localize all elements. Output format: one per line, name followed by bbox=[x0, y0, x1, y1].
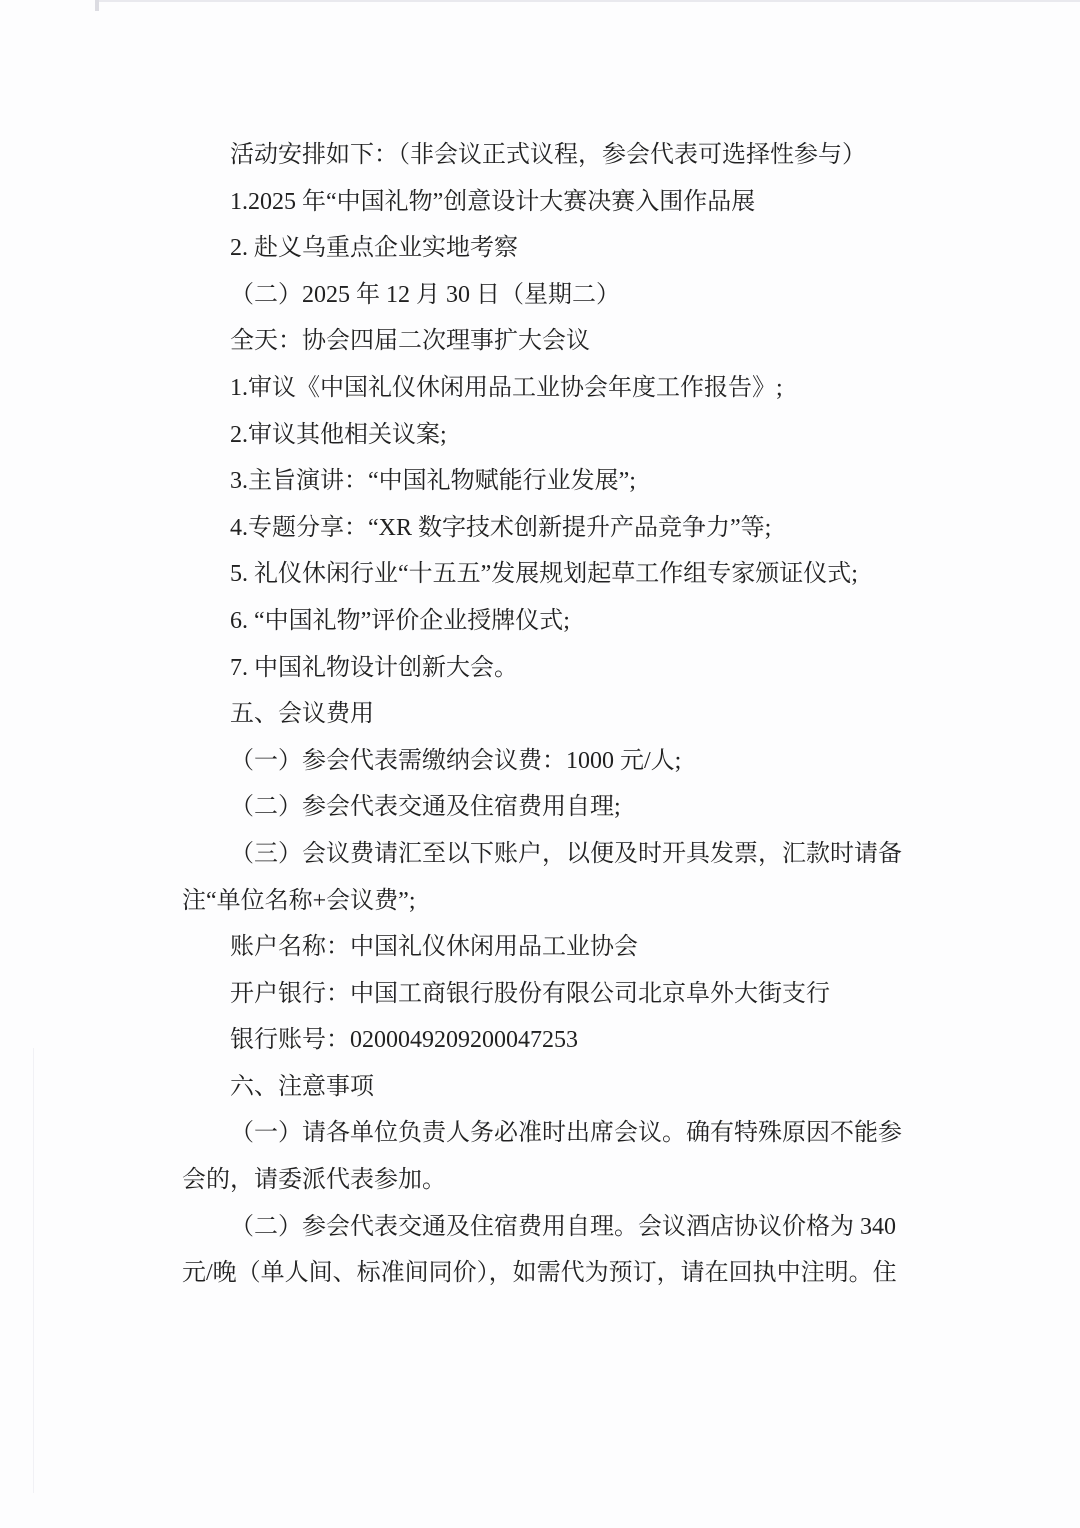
document-line: （一）请各单位负责人务必准时出席会议。确有特殊原因不能参 bbox=[182, 1110, 942, 1157]
page-top-edge-line bbox=[95, 0, 1080, 2]
document-line: （三）会议费请汇至以下账户，以便及时开具发票，汇款时请备 bbox=[182, 831, 942, 878]
document-line: 全天：协会四届二次理事扩大会议 bbox=[182, 318, 942, 365]
document-line: （二）2025 年 12 月 30 日（星期二） bbox=[182, 272, 942, 319]
document-line: 5. 礼仪休闲行业“十五五”发展规划起草工作组专家颁证仪式; bbox=[182, 551, 942, 598]
document-line: 开户银行：中国工商银行股份有限公司北京阜外大街支行 bbox=[182, 971, 942, 1018]
document-page: 活动安排如下：（非会议正式议程，参会代表可选择性参与）1.2025 年“中国礼物… bbox=[0, 0, 1080, 1528]
document-line: 1.2025 年“中国礼物”创意设计大赛决赛入围作品展 bbox=[182, 179, 942, 226]
document-line: 银行账号：0200049209200047253 bbox=[182, 1017, 942, 1064]
document-line: 会的，请委派代表参加。 bbox=[182, 1157, 942, 1204]
document-line: （二）参会代表交通及住宿费用自理; bbox=[182, 784, 942, 831]
document-line: 六、注意事项 bbox=[182, 1064, 942, 1111]
document-line: 注“单位名称+会议费”; bbox=[182, 878, 942, 925]
page-top-edge-notch bbox=[95, 0, 99, 11]
document-line: 账户名称：中国礼仪休闲用品工业协会 bbox=[182, 924, 942, 971]
page-left-edge-line bbox=[33, 1048, 34, 1493]
document-line: （二）参会代表交通及住宿费用自理。会议酒店协议价格为 340 bbox=[182, 1204, 942, 1251]
document-body: 活动安排如下：（非会议正式议程，参会代表可选择性参与）1.2025 年“中国礼物… bbox=[182, 132, 942, 1297]
document-line: 7. 中国礼物设计创新大会。 bbox=[182, 645, 942, 692]
document-line: 活动安排如下：（非会议正式议程，参会代表可选择性参与） bbox=[182, 132, 942, 179]
document-line: 1.审议《中国礼仪休闲用品工业协会年度工作报告》; bbox=[182, 365, 942, 412]
document-line: 元/晚（单人间、标准间同价），如需代为预订，请在回执中注明。住 bbox=[182, 1250, 942, 1297]
document-line: 6. “中国礼物”评价企业授牌仪式; bbox=[182, 598, 942, 645]
document-line: 2. 赴义乌重点企业实地考察 bbox=[182, 225, 942, 272]
document-line: （一）参会代表需缴纳会议费：1000 元/人; bbox=[182, 738, 942, 785]
document-line: 2.审议其他相关议案; bbox=[182, 412, 942, 459]
document-line: 3.主旨演讲：“中国礼物赋能行业发展”; bbox=[182, 458, 942, 505]
document-line: 五、会议费用 bbox=[182, 691, 942, 738]
document-line: 4.专题分享：“XR 数字技术创新提升产品竞争力”等; bbox=[182, 505, 942, 552]
